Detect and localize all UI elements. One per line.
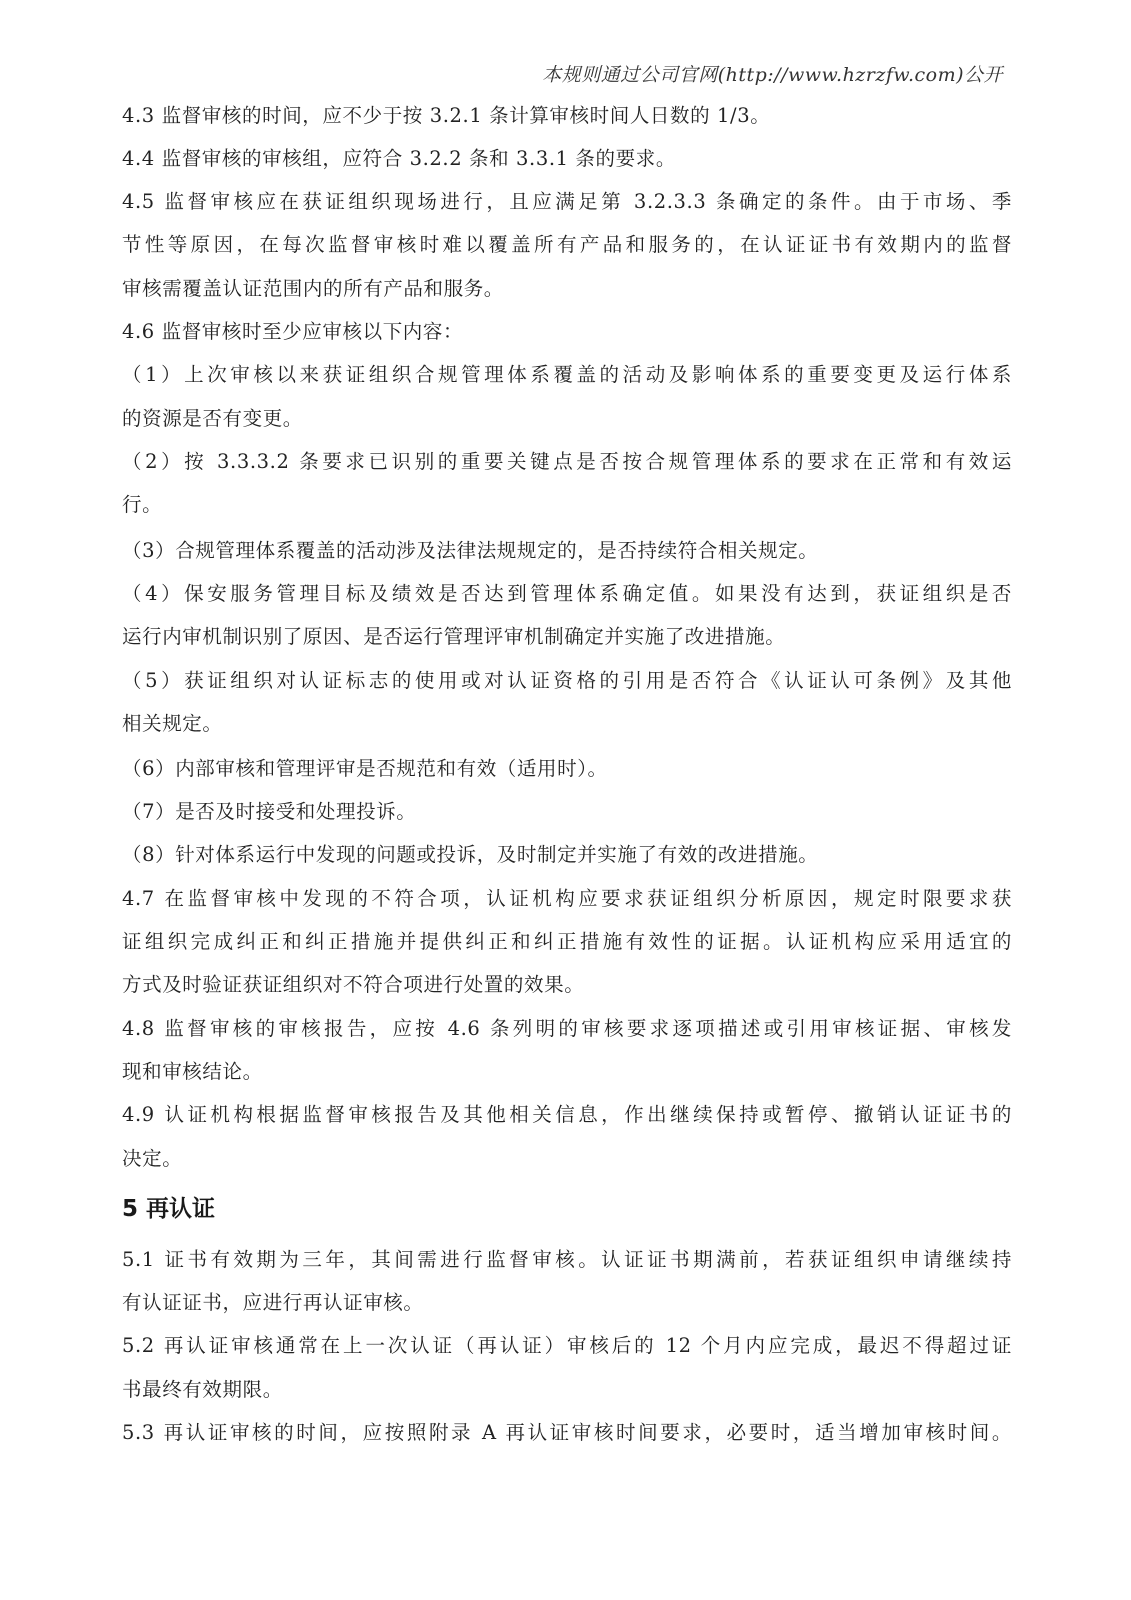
- item-4-line2: 运行内审机制识别了原因、是否运行管理评审机制确定并实施了改进措施。: [122, 624, 1012, 650]
- clause-4-7-line2: 证组织完成纠正和纠正措施并提供纠正和纠正措施有效性的证据。认证机构应采用适宜的: [122, 929, 1012, 955]
- section-5-heading: 5 再认证: [122, 1194, 215, 1224]
- clause-4-5-line2: 节性等原因，在每次监督审核时难以覆盖所有产品和服务的，在认证证书有效期内的监督: [122, 232, 1012, 258]
- clause-4-5-line1: 4.5 监督审核应在获证组织现场进行，且应满足第 3.2.3.3 条确定的条件。…: [122, 189, 1012, 215]
- clause-5-1-line2: 有认证证书，应进行再认证审核。: [122, 1290, 1012, 1316]
- page-header-note: 本规则通过公司官网(http://www.hzrzfw.com)公开: [542, 60, 1003, 87]
- item-2-line1: （2）按 3.3.3.2 条要求已识别的重要关键点是否按合规管理体系的要求在正常…: [122, 449, 1012, 475]
- item-8: （8）针对体系运行中发现的问题或投诉，及时制定并实施了有效的改进措施。: [122, 842, 1012, 868]
- clause-4-8-line1: 4.8 监督审核的审核报告，应按 4.6 条列明的审核要求逐项描述或引用审核证据…: [122, 1016, 1012, 1042]
- item-4-line1: （4）保安服务管理目标及绩效是否达到管理体系确定值。如果没有达到，获证组织是否: [122, 581, 1012, 607]
- clause-5-2-line1: 5.2 再认证审核通常在上一次认证（再认证）审核后的 12 个月内应完成，最迟不…: [122, 1333, 1012, 1359]
- clause-4-9-line1: 4.9 认证机构根据监督审核报告及其他相关信息，作出继续保持或暂停、撤销认证证书…: [122, 1102, 1012, 1128]
- item-5-line1: （5）获证组织对认证标志的使用或对认证资格的引用是否符合《认证认可条例》及其他: [122, 668, 1012, 694]
- clause-4-3: 4.3 监督审核的时间，应不少于按 3.2.1 条计算审核时间人日数的 1/3。: [122, 103, 1012, 129]
- item-3: （3）合规管理体系覆盖的活动涉及法律法规规定的，是否持续符合相关规定。: [122, 538, 1012, 564]
- clause-4-6: 4.6 监督审核时至少应审核以下内容：: [122, 319, 1012, 345]
- clause-4-9-line2: 决定。: [122, 1146, 1012, 1172]
- clause-5-1-line1: 5.1 证书有效期为三年，其间需进行监督审核。认证证书期满前，若获证组织申请继续…: [122, 1247, 1012, 1273]
- clause-5-2-line2: 书最终有效期限。: [122, 1377, 1012, 1403]
- item-5-line2: 相关规定。: [122, 711, 1012, 737]
- item-6: （6）内部审核和管理评审是否规范和有效（适用时）。: [122, 756, 1012, 782]
- item-1-line2: 的资源是否有变更。: [122, 406, 1012, 432]
- item-7: （7）是否及时接受和处理投诉。: [122, 799, 1012, 825]
- clause-4-5-line3: 审核需覆盖认证范围内的所有产品和服务。: [122, 276, 1012, 302]
- clause-4-7-line1: 4.7 在监督审核中发现的不符合项，认证机构应要求获证组织分析原因，规定时限要求…: [122, 886, 1012, 912]
- item-2-line2: 行。: [122, 492, 1012, 518]
- clause-4-4: 4.4 监督审核的审核组，应符合 3.2.2 条和 3.3.1 条的要求。: [122, 146, 1012, 172]
- clause-4-8-line2: 现和审核结论。: [122, 1059, 1012, 1085]
- clause-5-3: 5.3 再认证审核的时间，应按照附录 A 再认证审核时间要求，必要时，适当增加审…: [122, 1420, 1012, 1446]
- document-page: 本规则通过公司官网(http://www.hzrzfw.com)公开 4.3 监…: [0, 0, 1131, 1600]
- clause-4-7-line3: 方式及时验证获证组织对不符合项进行处置的效果。: [122, 972, 1012, 998]
- item-1-line1: （1）上次审核以来获证组织合规管理体系覆盖的活动及影响体系的重要变更及运行体系: [122, 362, 1012, 388]
